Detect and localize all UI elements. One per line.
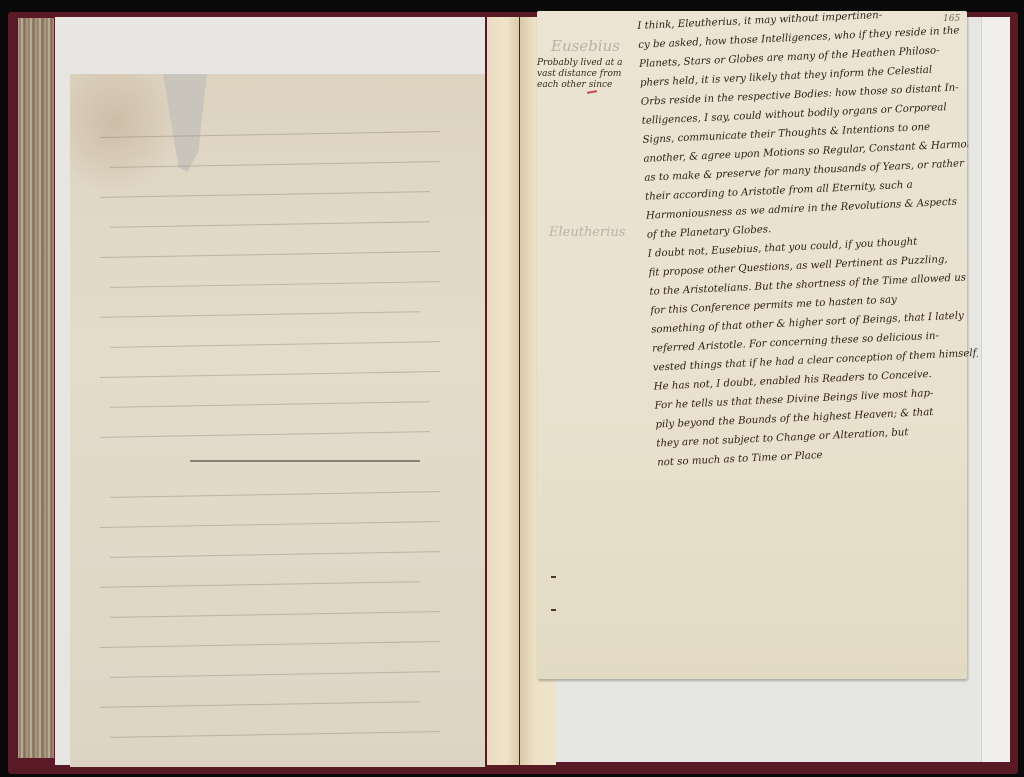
- show-through-line: [100, 641, 440, 648]
- margin-mark: [551, 576, 556, 578]
- show-through-line: [100, 431, 430, 438]
- margin-mark: [551, 609, 556, 611]
- pencil-speaker-name: Eleutherius: [549, 225, 625, 240]
- gutter-left: [487, 17, 519, 765]
- show-through-line: [110, 551, 440, 558]
- red-ink-mark: [587, 90, 597, 94]
- right-mount-edge: [981, 17, 1010, 762]
- page-stack-edge: [18, 18, 54, 758]
- manuscript-text: I think, Eleutherius, it may without imp…: [637, 2, 982, 472]
- water-stain: [70, 74, 180, 194]
- left-manuscript-leaf: [70, 74, 485, 767]
- show-through-line: [110, 491, 440, 498]
- show-through-line: [110, 611, 440, 618]
- show-through-line: [110, 281, 440, 288]
- show-through-line: [100, 581, 420, 588]
- show-through-rule: [190, 460, 420, 462]
- show-through-line: [100, 311, 420, 318]
- margin-annotation: Probably lived at a vast distance from e…: [537, 58, 637, 91]
- show-through-line: [100, 371, 440, 378]
- show-through-line: [110, 401, 430, 408]
- show-through-line: [100, 701, 420, 708]
- show-through-line: [110, 221, 430, 228]
- show-through-line: [110, 341, 440, 348]
- pencil-speaker-name: Eusebius: [551, 37, 620, 55]
- show-through-line: [110, 731, 440, 738]
- show-through-line: [100, 251, 440, 258]
- show-through-line: [100, 521, 440, 528]
- right-manuscript-leaf: 165 Eusebius Eleutherius Probably lived …: [537, 11, 967, 679]
- show-through-line: [110, 671, 440, 678]
